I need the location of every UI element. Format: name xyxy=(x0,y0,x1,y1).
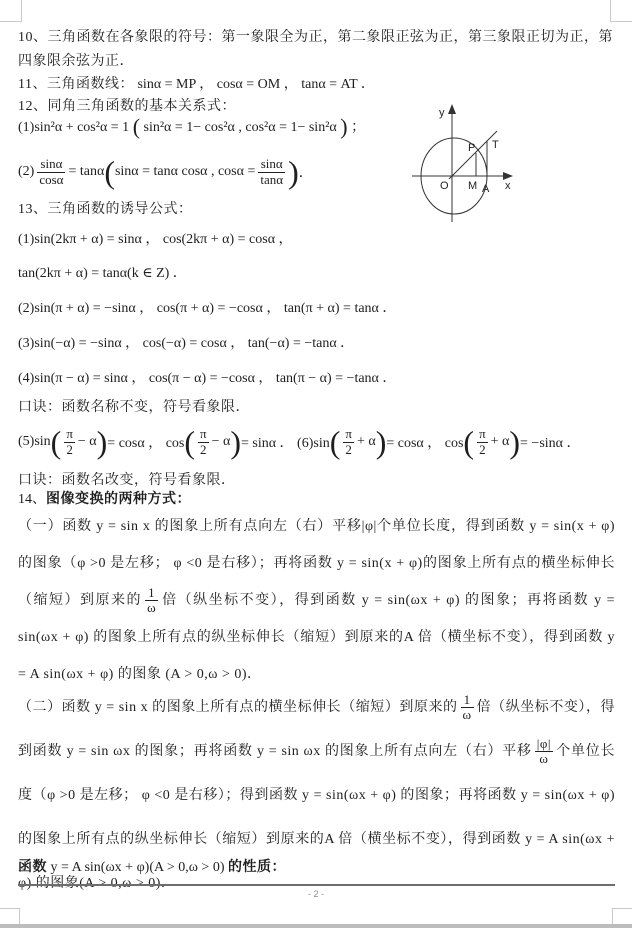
label-point-P: P xyxy=(468,142,475,154)
label-x-axis: x xyxy=(505,180,511,192)
margin-mark-bottom-left xyxy=(0,908,20,925)
fraction-pi-over-2: π2 xyxy=(343,427,354,456)
footer-divider xyxy=(18,884,615,886)
formula-12-2-tail: ． xyxy=(299,162,313,182)
formula-13-5-sin: (5)sin xyxy=(18,434,51,450)
x-axis-arrow-icon xyxy=(503,172,513,180)
y-axis-arrow-icon xyxy=(448,104,456,114)
formula-13-1: (1)sin(2kπ + α) = sinα ， cos(2kπ + α) = … xyxy=(18,228,615,248)
formula-13-1b: tan(2kπ + α) = tanα(k ∈ Z) ． xyxy=(18,262,615,282)
minus-alpha: − α xyxy=(212,434,231,450)
formula-12-2-label: (2) xyxy=(18,164,34,180)
formula-12-1-inner: sin²α = 1− cos²α , cos²α = 1− sin²α xyxy=(144,120,337,135)
formula-12-2-eq: = tanα xyxy=(68,164,104,180)
formula-12-2-inner: sinα = tanα cosα , cosα = xyxy=(115,164,255,180)
open-paren: ( xyxy=(133,114,140,139)
equals-cos: = cosα ， cos xyxy=(107,432,184,452)
section-14-number: 14、 xyxy=(18,492,46,507)
margin-mark-top-left xyxy=(0,0,22,22)
paragraph-transform-method-1: （一）函数 y = sin x 的图象上所有点向左（右）平移|φ|个单位长度，得… xyxy=(18,508,615,693)
formula-13-2: (2)sin(π + α) = −sinα ， cos(π + α) = −co… xyxy=(18,297,615,317)
section-14-title: 14、图像变换的两种方式： xyxy=(18,488,615,508)
formula-12-1: (1)sin²α + cos²α = 1 ( sin²α = 1− cos²α … xyxy=(18,114,615,140)
formula-13-4: (4)sin(π − α) = sinα ， cos(π − α) = −cos… xyxy=(18,367,615,387)
fraction-1-over-omega: 1ω xyxy=(145,586,158,615)
properties-heading: 函数 y = A sin(ωx + φ)(A > 0,ω > 0) 的性质： xyxy=(18,856,615,876)
document-page: 10、三角函数在各象限的符号：第一象限全为正，第二象限正弦为正，第三象限正切为正… xyxy=(0,0,632,928)
section-10-text: 10、三角函数在各象限的符号：第一象限全为正，第二象限正弦为正，第三象限正切为正… xyxy=(18,30,613,69)
page-bottom-edge xyxy=(0,924,632,928)
label-point-M: M xyxy=(468,180,477,192)
fraction-pi-over-2: π2 xyxy=(64,427,75,456)
mnemonic-2: 口诀：函数名改变，符号看象限． xyxy=(18,469,615,489)
section-14-heading: 图像变换的两种方式： xyxy=(46,492,191,507)
formula-13-5-6: (5)sin ( π2 − α ) = cosα ， cos ( π2 − α … xyxy=(18,420,615,464)
section-11-label: 11、三角函数线： xyxy=(18,77,134,92)
section-12-title: 12、同角三角函数的基本关系式： xyxy=(18,95,615,115)
fraction-sin-over-tan: sinαtanα xyxy=(258,157,285,186)
label-y-axis: y xyxy=(439,107,445,119)
margin-mark-bottom-right xyxy=(612,908,632,925)
formula-13-3: (3)sin(−α) = −sinα ， cos(−α) = cosα ， ta… xyxy=(18,332,615,352)
section-10-sign-rules: 10、三角函数在各象限的符号：第一象限全为正，第二象限正弦为正，第三象限正切为正… xyxy=(18,26,615,74)
equals-cos: = cosα ， cos xyxy=(386,432,463,452)
page-number: - 2 - xyxy=(0,889,632,899)
section-11-trig-lines: 11、三角函数线： sinα = MP ， cosα = OM ， tanα =… xyxy=(18,73,615,93)
minus-alpha: − α xyxy=(78,434,97,450)
section-13-title: 13、三角函数的诱导公式： xyxy=(18,198,615,218)
label-origin-O: O xyxy=(440,180,449,192)
fraction-pi-over-2: π2 xyxy=(198,427,209,456)
margin-mark-top-right xyxy=(610,0,632,22)
formula-12-2: (2) sinαcosα = tanα ( sinα = tanα cosα ,… xyxy=(18,148,615,196)
equals-neg-sin: = −sinα ． xyxy=(520,432,580,452)
equals-sin-and-6: = sinα ． (6)sin xyxy=(241,432,330,452)
close-paren: ) xyxy=(340,114,347,139)
fraction-abs-phi-over-omega: |φ|ω xyxy=(535,737,553,766)
section-11-math: sinα = MP ， cosα = OM ， tanα = AT ． xyxy=(137,77,374,92)
label-point-T: T xyxy=(492,139,499,151)
mnemonic-1: 口诀：函数名称不变，符号看象限． xyxy=(18,396,615,416)
fraction-1-over-omega: 1ω xyxy=(461,693,474,722)
fraction-pi-over-2: π2 xyxy=(477,427,488,456)
label-point-A: A xyxy=(482,183,490,195)
fraction-sin-over-cos: sinαcosα xyxy=(37,157,65,186)
formula-12-1-pre: (1)sin²α + cos²α = 1 xyxy=(18,120,129,135)
formula-12-1-tail: ； xyxy=(351,120,365,135)
plus-alpha: + α xyxy=(357,434,376,450)
plus-alpha: + α xyxy=(491,434,510,450)
